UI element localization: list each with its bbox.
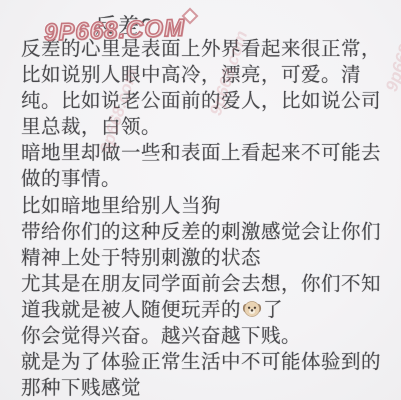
text-line: 你会觉得兴奋。越兴奋越下贱。 — [21, 323, 395, 349]
text-line: 纯。比如说老公面前的爱人，比如说公司 — [21, 88, 395, 114]
emoji-line-pre: 道我就是被人随便玩弄的 — [21, 299, 241, 321]
text-line: 带给你们的这种反差的刺激感觉会让你们 — [21, 219, 395, 245]
text-line: 做的事情。 — [21, 166, 395, 192]
text-line: 就是为了体验正常生活中不可能体验到的 — [21, 349, 395, 375]
text-line: 精神上处于特别刺激的状态 — [21, 245, 395, 271]
screenshot-root: 反差? 9P668.COM 9p668.com 9p668.com 9p668.… — [0, 0, 401, 400]
text-line-with-emoji: 道我就是被人随便玩弄的 了 — [21, 297, 395, 323]
text-line: 比如说别人眼中高冷，漂亮，可爱。清 — [21, 62, 395, 88]
emoji-line-post: 了 — [263, 299, 283, 321]
text-line: 比如暗地里给别人当狗 — [21, 193, 395, 219]
watermark-9p668: 9P668.COM — [44, 15, 186, 48]
text-line: 暗地里却做一些和表面上看起来不可能去 — [21, 140, 395, 166]
text-line: 那种下贱感觉 — [21, 375, 395, 400]
dog-face-emoji — [242, 299, 262, 319]
text-line: 里总裁，白领。 — [21, 114, 395, 140]
text-line: 尤其是在朋友同学面前会去想，你们不知 — [21, 271, 395, 297]
body-text: 反差的心里是表面上外界看起来很正常， 比如说别人眼中高冷，漂亮，可爱。清 纯。比… — [21, 36, 395, 400]
